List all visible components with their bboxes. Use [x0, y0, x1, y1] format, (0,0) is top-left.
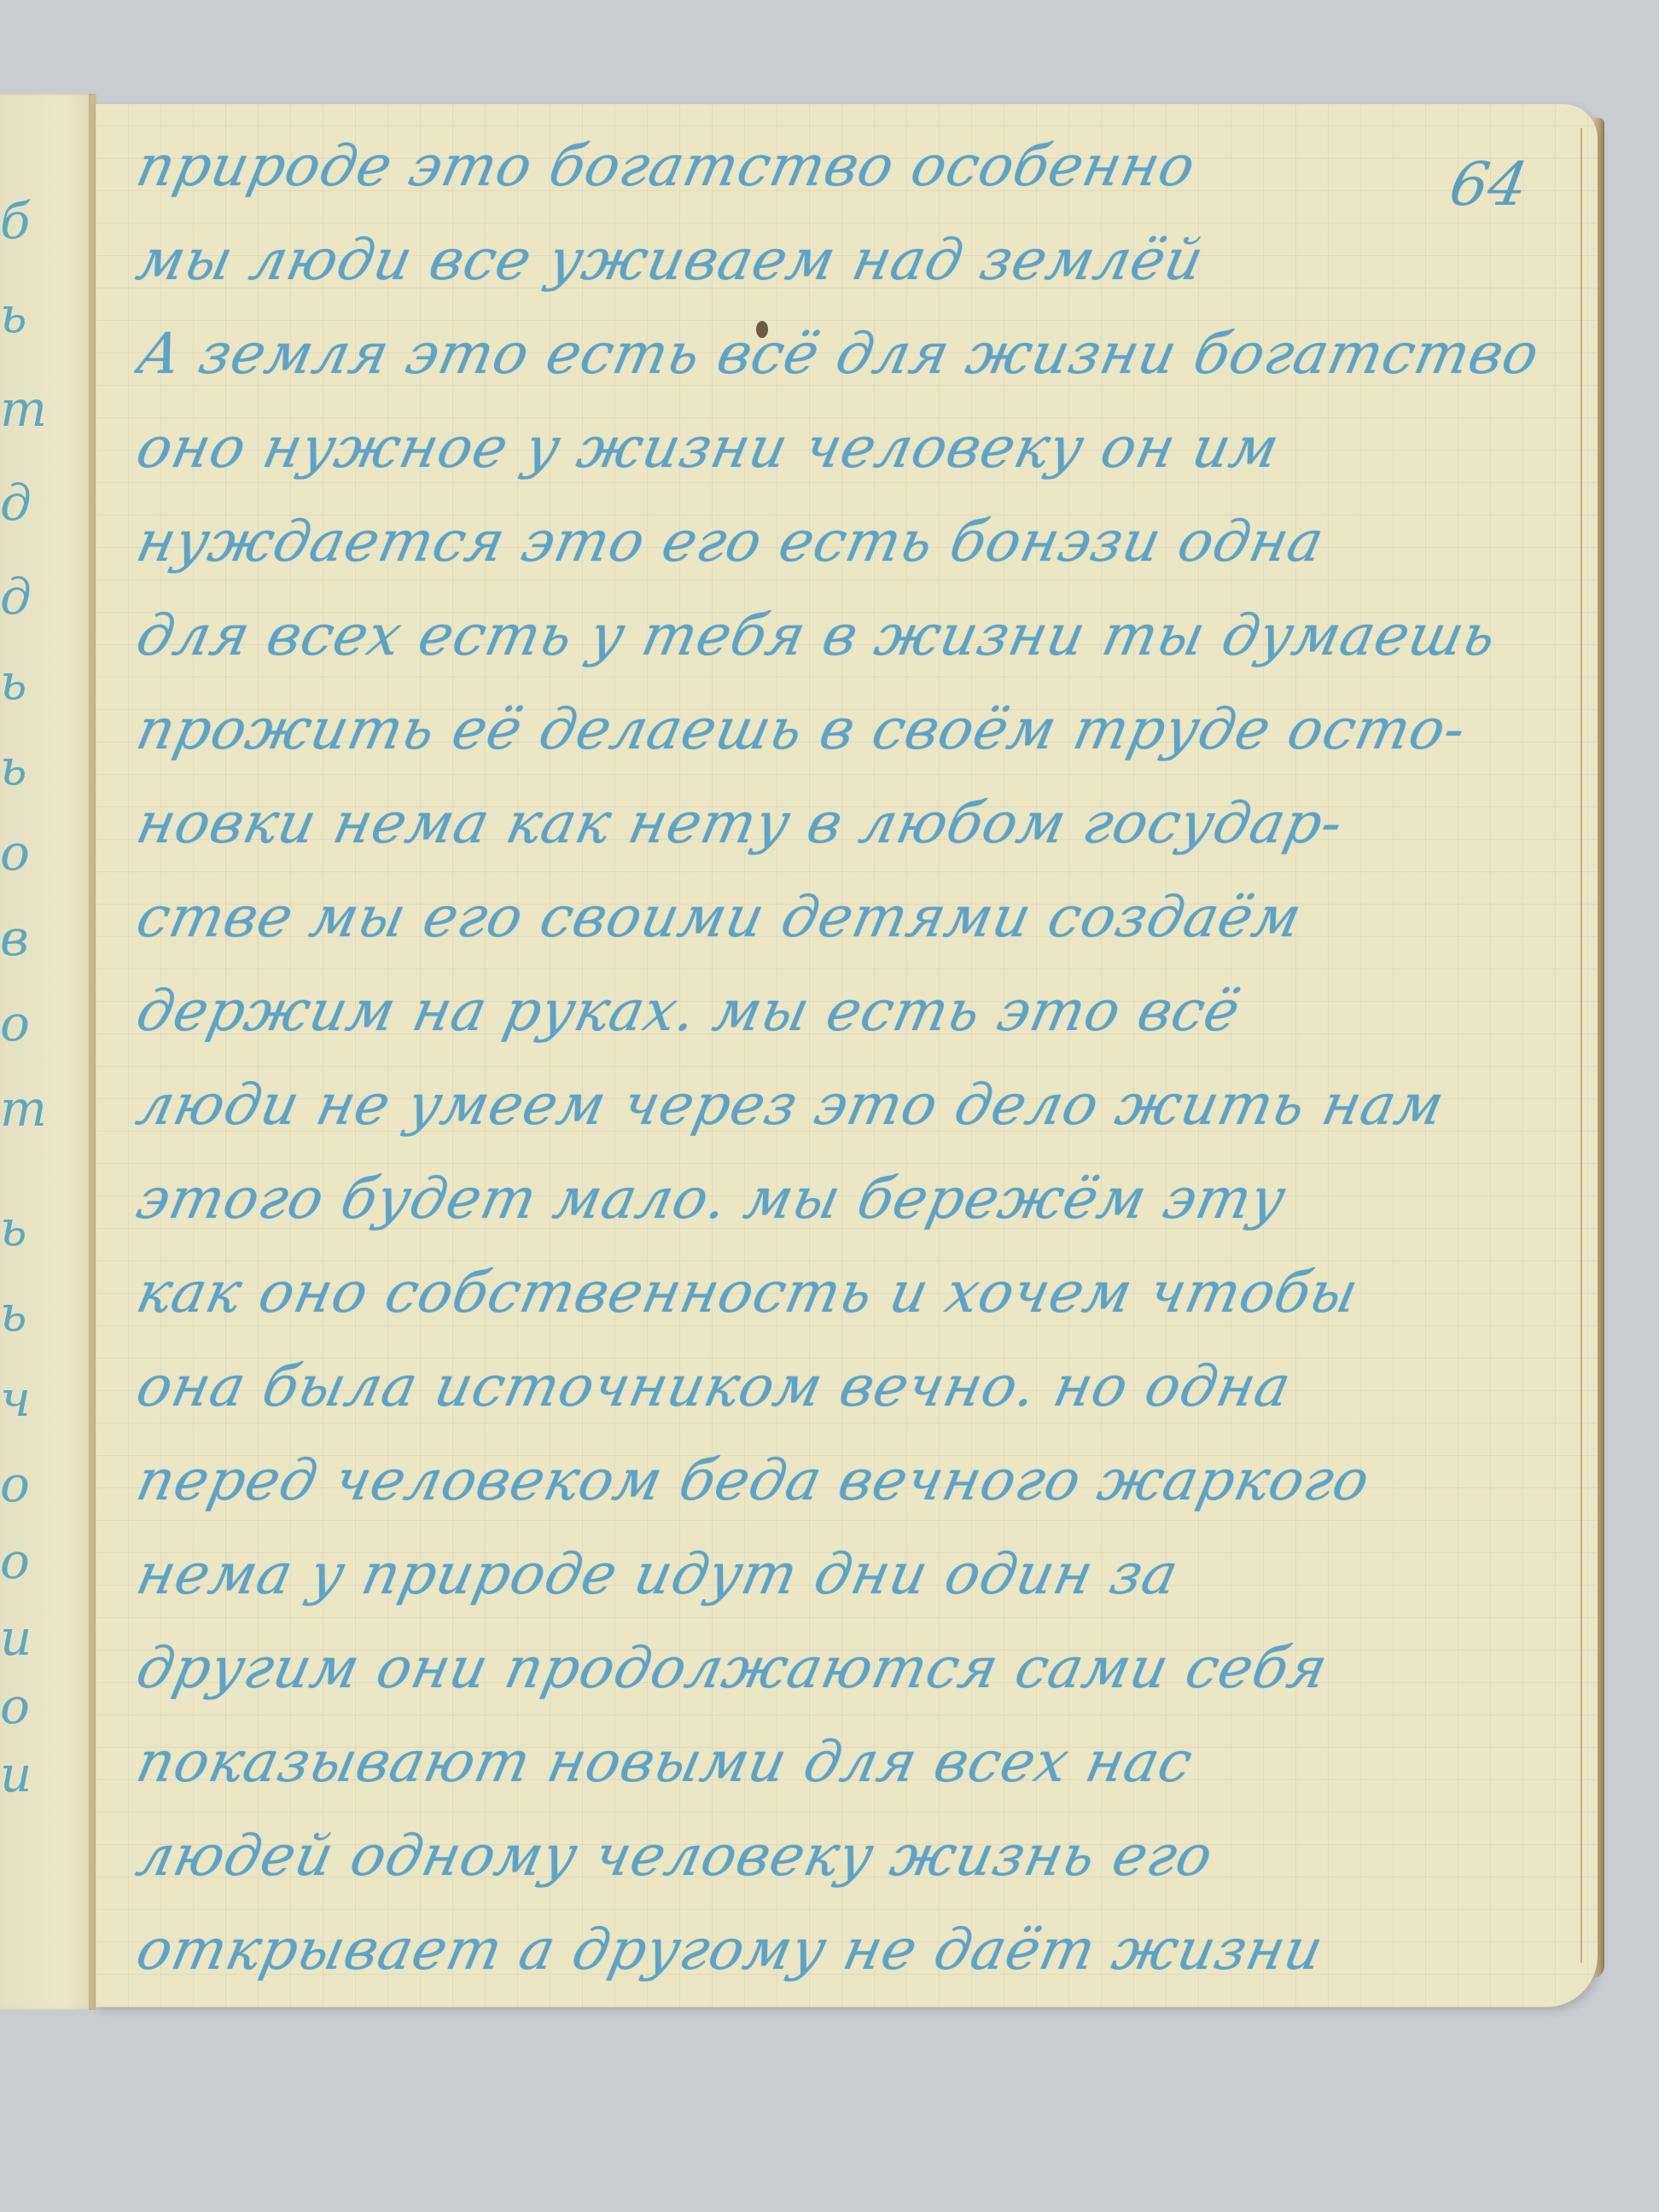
text-line: как оно собственность и хочем чтобы — [128, 1246, 1547, 1340]
margin-glyph: б — [0, 196, 51, 246]
margin-glyph: ь — [0, 1289, 51, 1338]
text-line: для всех есть у тебя в жизни ты думаешь — [128, 589, 1547, 683]
margin-glyph: д — [0, 478, 51, 527]
text-line: другим они продолжаются сами себя — [128, 1621, 1547, 1715]
margin-glyph: т — [0, 1084, 51, 1133]
margin-glyph: о — [0, 1536, 51, 1586]
text-line: оно нужное у жизни человеку он им — [128, 401, 1547, 495]
margin-glyph: о — [0, 828, 51, 877]
margin-glyph: и — [0, 1749, 51, 1799]
margin-glyph: о — [0, 1681, 51, 1731]
text-line: нема у природе идут дни один за — [128, 1528, 1547, 1621]
text-line: новки нема как нету в любом государ- — [128, 777, 1547, 870]
text-line: нуждается это его есть бонэзи одна — [128, 495, 1547, 589]
page-edge-line — [1580, 128, 1582, 1963]
text-line: этого будет мало. мы бережём эту — [128, 1152, 1547, 1246]
handwritten-text: природе это богатство особенно мы люди в… — [128, 119, 1528, 1997]
margin-glyph: ь — [0, 290, 51, 340]
margin-glyph: ь — [0, 657, 51, 707]
text-line: перед человеком беда вечного жаркого — [128, 1434, 1547, 1528]
text-line: показывают новыми для всех нас — [128, 1715, 1547, 1809]
margin-glyph: о — [0, 1459, 51, 1509]
previous-page-edge: б ь т д д ь ь о в о т ь ь ч о о и о и — [0, 94, 96, 2010]
margin-glyph: ь — [0, 742, 51, 792]
text-line: прожить её делаешь в своём труде осто- — [128, 683, 1547, 777]
text-line: держим на руках. мы есть это всё — [128, 964, 1547, 1058]
margin-glyph: т — [0, 384, 51, 434]
text-line: природе это богатство особенно — [128, 119, 1547, 213]
text-line: люди не умеем через это дело жить нам — [128, 1058, 1547, 1152]
margin-glyph: в — [0, 913, 51, 963]
margin-glyph: ь — [0, 1203, 51, 1253]
text-line: стве мы его своими детями создаём — [128, 870, 1547, 964]
text-line: она была источником вечно. но одна — [128, 1340, 1547, 1434]
margin-glyph: о — [0, 998, 51, 1048]
margin-glyph: ч — [0, 1374, 51, 1423]
margin-glyph: и — [0, 1613, 51, 1662]
text-line: людей одному человеку жизнь его — [128, 1809, 1547, 1903]
text-line: А земля это есть всё для жизни богатство — [128, 307, 1547, 401]
text-line: мы люди все уживаем над землёй — [128, 213, 1547, 307]
text-line: открывает а другому не даёт жизни — [128, 1903, 1547, 1997]
margin-glyph: д — [0, 572, 51, 621]
